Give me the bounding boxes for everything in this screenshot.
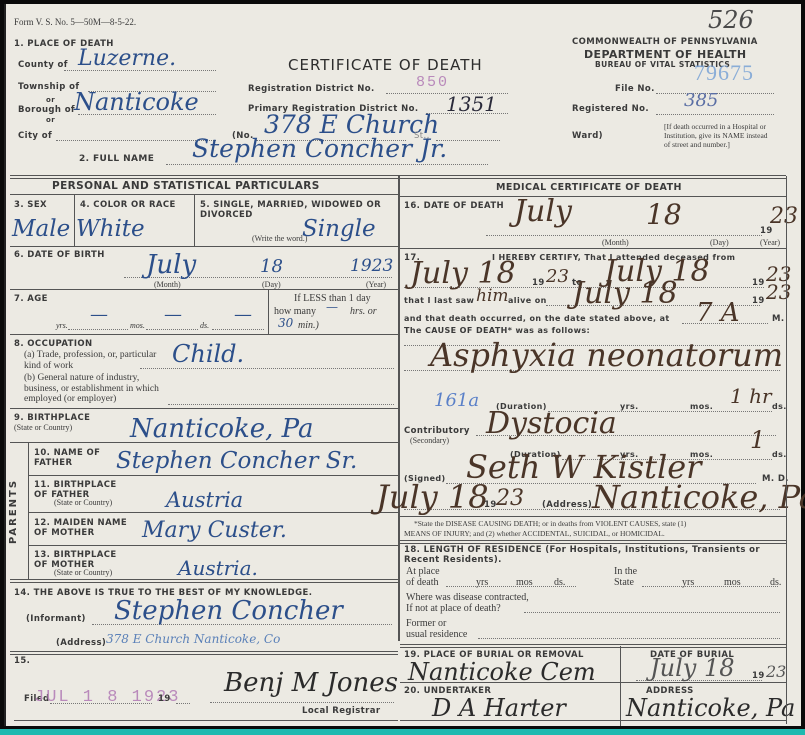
personal-heading: PERSONAL AND STATISTICAL PARTICULARS (52, 180, 320, 192)
year-19-alive: 19 (752, 296, 765, 306)
county-label: County of (18, 60, 68, 70)
age-mos-value: — (164, 304, 182, 325)
dob-label: 6. DATE OF BIRTH (14, 250, 105, 260)
race-value: White (76, 216, 145, 242)
father-birthplace-value: Austria (166, 488, 243, 512)
footnote-line1: *State the DISEASE CAUSING DEATH; or in … (414, 519, 686, 528)
death-time: 7 A (696, 298, 740, 328)
father-value: Stephen Concher Sr. (116, 448, 357, 474)
filing-number: 15. (14, 656, 30, 666)
registration-district-stamp: 850 (416, 74, 449, 91)
dob-month: July (146, 250, 196, 280)
page-number: 526 (708, 6, 754, 34)
year-caption: (Year) (366, 280, 386, 289)
borough-value: Nanticoke (74, 88, 199, 116)
ward-label: Ward) (572, 131, 603, 141)
dod-month: July (514, 194, 572, 229)
marital-hint: (Write the word.) (252, 234, 307, 243)
meridian-label: M. (772, 314, 785, 324)
duration2-ds-label: ds. (772, 450, 787, 459)
mother-birthplace-value: Austria. (178, 556, 258, 580)
frame-edge (0, 729, 805, 735)
residence-heading: 18. LENGTH OF RESIDENCE (For Hospitals, … (404, 545, 788, 565)
birthplace-hint: (State or Country) (14, 423, 72, 432)
city-label: City of (18, 131, 52, 141)
of-death-label: of death (406, 577, 439, 588)
parents-label: PARENTS (8, 479, 19, 544)
undertaker-value: D A Harter (432, 694, 566, 722)
informant-value: Stephen Concher (114, 596, 343, 626)
birthplace-value: Nanticoke, Pa (130, 414, 313, 444)
alive-on-label: alive on (508, 296, 547, 305)
month-caption: (Month) (154, 280, 181, 289)
occupation-value: Child. (172, 340, 244, 368)
dod-year: 23 (770, 204, 798, 229)
sex-label: 3. SEX (14, 200, 47, 210)
former-label-1: Former or (406, 618, 446, 629)
filed-year-prefix: 19 (158, 694, 171, 704)
age-ds-label: ds. (200, 321, 209, 330)
from-year: 23 (546, 266, 569, 287)
form-id: Form V. S. No. 5—50M—8-5-22. (14, 17, 136, 27)
former-label-2: usual residence (406, 629, 467, 640)
duration-mos-label: mos. (690, 402, 713, 411)
last-saw-label: that I last saw (404, 296, 474, 305)
in-the-label: In the (614, 566, 637, 577)
year-19-to: 19 (752, 278, 765, 288)
primary-district-value: 1351 (446, 92, 497, 116)
state-yrs-label: yrs (682, 577, 694, 588)
duration-yrs-label: yrs. (620, 402, 639, 411)
contracted-label-1: Where was disease contracted, (406, 592, 529, 603)
sign-year-prefix: 19 (484, 500, 497, 510)
sex-value: Male (12, 216, 70, 242)
marital-value: Single (302, 216, 376, 242)
cause-code: 161a (434, 390, 479, 411)
burial-year-prefix: 19 (752, 671, 765, 681)
registered-no-label: Registered No. (572, 104, 649, 114)
borough-label: Borough of (18, 105, 75, 115)
age-mos-label: mos. (130, 321, 145, 330)
father-birthplace-hint: (State or Country) (54, 498, 112, 507)
full-name-label: 2. FULL NAME (79, 154, 154, 164)
state-ds-label: ds. (770, 577, 781, 588)
registered-no-value: 385 (684, 90, 718, 111)
dod-day-caption: (Day) (710, 238, 729, 247)
place-ds-label: ds. (554, 577, 565, 588)
age-ds-value: — (234, 304, 252, 325)
min-label: min.) (298, 320, 319, 331)
or-label: or (46, 96, 55, 104)
dod-year-caption: (Year) (760, 238, 780, 247)
physician-address: Nanticoke, Pa (592, 478, 805, 516)
secondary-label: (Secondary) (410, 436, 449, 445)
signature-date: July 18 (376, 478, 489, 516)
day-caption: (Day) (262, 280, 281, 289)
father-birthplace-label: 11. BIRTHPLACE OF FATHER (34, 480, 130, 500)
hrs-value: — (326, 300, 338, 314)
occupation-label: 8. OCCUPATION (14, 339, 93, 349)
burial-date-value: July 18 (650, 654, 734, 682)
informant-address-label: (Address) (56, 638, 106, 648)
duration-primary: 1 hr (730, 384, 772, 408)
place-yrs-label: yrs (476, 577, 488, 588)
death-occurred-label: and that death occurred, on the date sta… (404, 314, 670, 323)
dod-month-caption: (Month) (602, 238, 629, 247)
county-value: Luzerne. (78, 46, 176, 71)
registrar-label: Local Registrar (302, 706, 380, 716)
physician-address-label: (Address) (542, 500, 592, 510)
duration-secondary: 1 (750, 426, 765, 454)
dod-day: 18 (646, 198, 682, 231)
occupation-b-label: (b) General nature of industry, business… (24, 373, 168, 405)
mother-birthplace-hint: (State or Country) (54, 568, 112, 577)
birthplace-label: 9. BIRTHPLACE (14, 413, 90, 423)
mother-birthplace-label: 13. BIRTHPLACE OF MOTHER (34, 550, 130, 570)
dob-day: 18 (260, 256, 283, 277)
dob-year: 1923 (350, 256, 393, 276)
alive-year: 23 (766, 280, 791, 304)
burial-year-value: 23 (766, 662, 786, 681)
institution-note: [If death occurred in a Hospital or Inst… (664, 122, 772, 149)
mother-value: Mary Custer. (142, 518, 287, 543)
footnote-line2: MEANS OF INJURY; and (2) whether ACCIDEN… (404, 529, 665, 538)
or-label: or (46, 116, 55, 124)
state-label: State (614, 577, 634, 588)
contracted-label-2: If not at place of death? (406, 603, 501, 614)
township-label: Township of (18, 82, 79, 92)
last-saw-pronoun: him (476, 286, 509, 306)
place-mos-label: mos (516, 577, 533, 588)
father-label: 10. NAME OF FATHER (34, 448, 106, 468)
registrar-signature: Benj M Jones (224, 668, 398, 698)
mother-label: 12. MAIDEN NAME OF MOTHER (34, 518, 144, 538)
informant-label: (Informant) (26, 614, 86, 624)
at-place-label: At place (406, 566, 440, 577)
contributory-label: Contributory (404, 426, 470, 436)
min-value: 30 (278, 316, 293, 330)
age-yrs-value: — (90, 304, 108, 325)
cause-of-death: Asphyxia neonatorum (430, 336, 783, 374)
contributory-cause: Dystocia (486, 406, 617, 441)
issuer-line1: COMMONWEALTH OF PENNSYLVANIA (572, 37, 758, 47)
full-name-value: Stephen Concher Jr. (192, 134, 447, 163)
race-label: 4. COLOR OR RACE (80, 200, 176, 210)
hrs-label: hrs. or (350, 306, 377, 317)
medical-heading: MEDICAL CERTIFICATE OF DEATH (496, 182, 682, 193)
certificate-title: CERTIFICATE OF DEATH (288, 56, 483, 74)
dod-label: 16. DATE OF DEATH (404, 201, 504, 211)
file-no-label: File No. (615, 84, 655, 94)
cause-label: The CAUSE OF DEATH* was as follows: (404, 326, 590, 335)
duration-ds-label: ds. (772, 402, 787, 411)
age-label: 7. AGE (14, 294, 48, 304)
informant-address-value: 378 E Church Nanticoke, Co (106, 632, 280, 646)
registration-district-label: Registration District No. (248, 84, 375, 94)
alive-on-date: July 18 (572, 276, 678, 311)
sign-year: 23 (496, 486, 524, 511)
state-mos-label: mos (724, 577, 741, 588)
age-yrs-label: yrs. (56, 321, 68, 330)
file-number-stamp: 79675 (694, 60, 754, 86)
death-certificate-page: Form V. S. No. 5—50M—8-5-22. 526 1. PLAC… (4, 4, 801, 726)
undertaker-address-value: Nanticoke, Pa (626, 694, 795, 722)
year-19-from: 19 (532, 278, 545, 288)
